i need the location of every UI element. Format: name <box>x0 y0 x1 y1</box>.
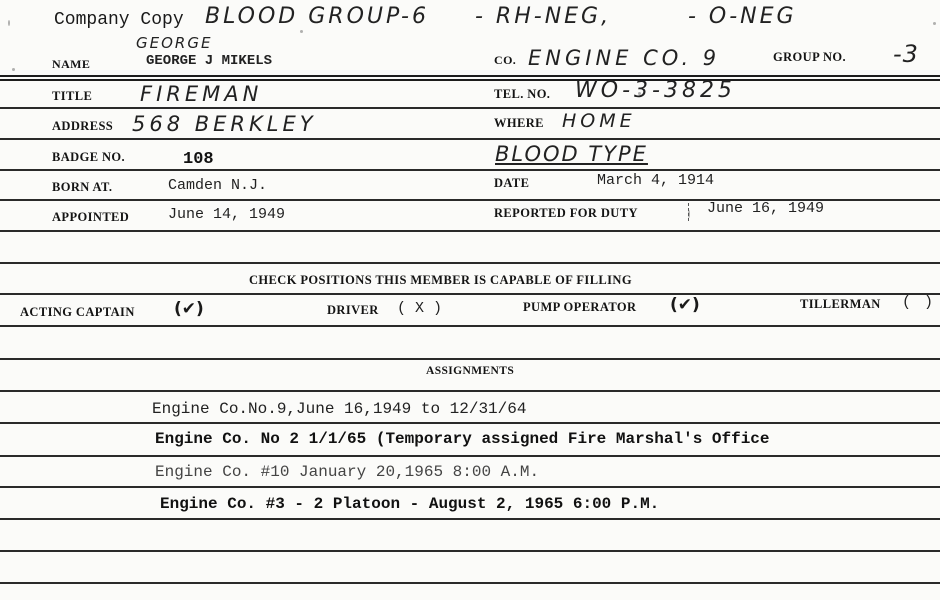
badge-value: 108 <box>183 150 214 169</box>
badge-label: BADGE NO. <box>52 150 125 165</box>
divider <box>0 390 940 392</box>
divider <box>0 455 940 457</box>
divider <box>0 75 940 77</box>
tick-mark <box>688 203 690 221</box>
divider <box>0 138 940 140</box>
divider <box>0 169 940 171</box>
address-value: 568 BERKLEY <box>132 112 317 136</box>
assignment-entry: Engine Co. #10 January 20,1965 8:00 A.M. <box>155 463 539 481</box>
divider <box>0 486 940 488</box>
born-at-value: Camden N.J. <box>168 177 267 194</box>
divider <box>0 293 940 295</box>
company-label: CO. <box>494 53 516 68</box>
blood-type-note: BLOOD TYPE <box>495 142 648 166</box>
where-value: HOME <box>562 110 636 132</box>
where-label: WHERE <box>494 116 544 131</box>
divider <box>0 230 940 232</box>
acting-captain-label: ACTING CAPTAIN <box>20 305 135 320</box>
blood-group-note: BLOOD GROUP-6 <box>205 4 429 29</box>
personnel-record-card: Company Copy BLOOD GROUP-6 - RH-NEG, - O… <box>0 0 940 600</box>
name-value: GEORGE J MIKELS <box>146 53 272 69</box>
o-neg-note: - O-NEG <box>688 4 797 29</box>
assignment-entry: Engine Co. No 2 1/1/65 (Temporary assign… <box>155 430 770 448</box>
divider <box>0 582 940 584</box>
born-at-label: BORN AT. <box>52 180 112 195</box>
assignment-entry: Engine Co. #3 - 2 Platoon - August 2, 19… <box>160 495 659 513</box>
divider <box>0 325 940 327</box>
divider <box>0 107 940 109</box>
appointed-value: June 14, 1949 <box>168 206 285 223</box>
divider <box>0 550 940 552</box>
divider <box>0 358 940 360</box>
company-copy-label: Company Copy <box>54 10 184 30</box>
tel-label: TEL. NO. <box>494 87 550 102</box>
divider <box>0 422 940 424</box>
group-value: -3 <box>893 40 919 68</box>
pump-operator-label: PUMP OPERATOR <box>523 300 636 315</box>
appointed-label: APPOINTED <box>52 210 129 225</box>
divider <box>0 518 940 520</box>
acting-captain-checkbox[interactable]: (✔) <box>174 299 204 319</box>
address-label: ADDRESS <box>52 119 113 134</box>
tel-value: WO-3-3825 <box>575 78 736 103</box>
reported-label: REPORTED FOR DUTY <box>494 206 638 221</box>
date-value: March 4, 1914 <box>597 172 714 189</box>
name-label: NAME <box>52 57 90 72</box>
tillerman-checkbox[interactable]: ( ) <box>902 294 935 311</box>
positions-heading: CHECK POSITIONS THIS MEMBER IS CAPABLE O… <box>249 273 632 288</box>
date-label: DATE <box>494 176 529 191</box>
title-value: FIREMAN <box>140 82 262 106</box>
divider <box>0 262 940 264</box>
pump-operator-checkbox[interactable]: (✔) <box>670 295 700 315</box>
assignment-entry: Engine Co.No.9,June 16,1949 to 12/31/64 <box>152 400 526 418</box>
divider <box>0 79 940 81</box>
title-label: TITLE <box>52 89 92 104</box>
reported-value: June 16, 1949 <box>707 200 824 217</box>
name-correction-note: GEORGE <box>136 34 212 52</box>
group-label: GROUP NO. <box>773 50 846 65</box>
rh-note: - RH-NEG, <box>475 4 611 29</box>
assignments-heading: ASSIGNMENTS <box>426 365 514 377</box>
tillerman-label: TILLERMAN <box>800 297 881 312</box>
driver-label: DRIVER <box>327 303 379 318</box>
company-value: ENGINE CO. 9 <box>528 46 720 70</box>
driver-checkbox[interactable]: ( X ) <box>397 300 442 317</box>
